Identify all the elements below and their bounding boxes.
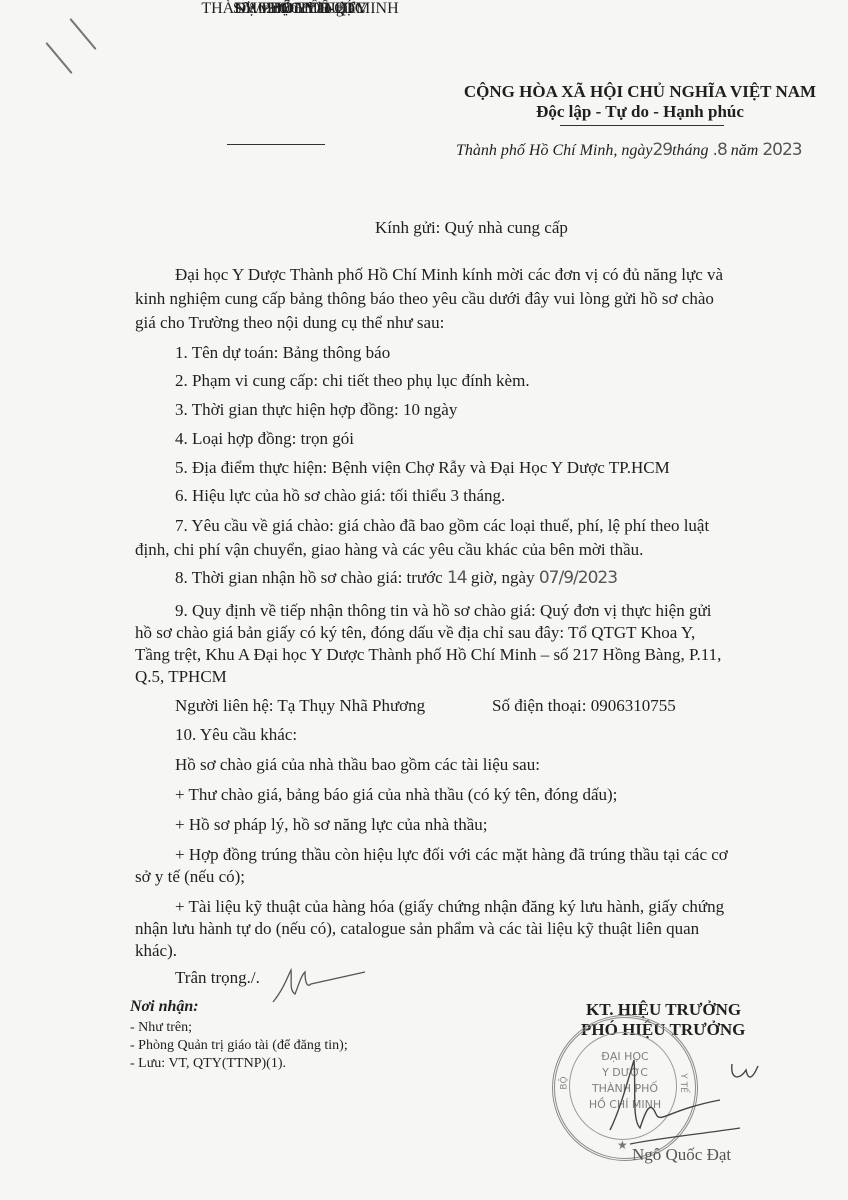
deadline-hour-handwritten: 14	[447, 568, 467, 588]
document-subject: V/v mời chào giá	[150, 0, 450, 18]
closing-remark: Trân trọng./.	[175, 968, 260, 988]
item-3: 3. Thời gian thực hiện hợp đồng: 10 ngày	[175, 400, 457, 420]
divider	[227, 144, 325, 145]
initials-signature	[265, 960, 375, 1010]
requirement-bullet-4-line-3: khác).	[135, 941, 177, 961]
country-name: CỘNG HÒA XÃ HỘI CHỦ NGHĨA VIỆT NAM	[450, 82, 830, 102]
date-prefix: Thành phố Hồ Chí Minh, ngày	[456, 142, 652, 159]
intro-line-1: Đại học Y Dược Thành phố Hồ Chí Minh kín…	[175, 265, 723, 285]
item-8-middle: giờ, ngày	[471, 568, 535, 587]
contact-person: Người liên hệ: Tạ Thụy Nhã Phương	[175, 696, 425, 716]
date-month-label: tháng	[672, 142, 708, 159]
item-9-line-2: hồ sơ chào giá bản giấy có ký tên, đóng …	[135, 623, 695, 643]
stamp-side-text: BỘ	[560, 1076, 570, 1089]
requirement-bullet-3-line-1: + Hợp đồng trúng thầu còn hiệu lực đối v…	[175, 845, 728, 865]
intro-line-2: kinh nghiệm cung cấp bảng thông báo theo…	[135, 289, 714, 309]
recipient-item: - Phòng Quản trị giáo tài (để đăng tin);	[130, 1038, 348, 1054]
document-date: Thành phố Hồ Chí Minh, ngày29tháng .8 nă…	[456, 140, 802, 160]
recipient-item: - Như trên;	[130, 1020, 192, 1036]
requirement-bullet-2: + Hồ sơ pháp lý, hồ sơ năng lực của nhà …	[175, 815, 488, 835]
requirement-bullet-4-line-1: + Tài liệu kỹ thuật của hàng hóa (giấy c…	[175, 897, 724, 917]
item-7-line-1: 7. Yêu cầu về giá chào: giá chào đã bao …	[175, 516, 709, 536]
item-4: 4. Loại hợp đồng: trọn gói	[175, 429, 354, 449]
item-1: 1. Tên dự toán: Bảng thông báo	[175, 343, 390, 363]
item-5: 5. Địa điểm thực hiện: Bệnh viện Chợ Rẫy…	[175, 458, 670, 478]
date-year-handwritten: 2023	[762, 140, 801, 160]
deadline-date-handwritten: 07/9/2023	[539, 568, 617, 588]
signer-name: Ngô Quốc Đạt	[632, 1145, 731, 1165]
item-6: 6. Hiệu lực của hồ sơ chào giá: tối thiể…	[175, 486, 505, 506]
item-8: 8. Thời gian nhận hồ sơ chào giá: trước …	[175, 568, 617, 588]
recipient-line: Kính gửi: Quý nhà cung cấp	[375, 218, 568, 238]
recipients-title: Nơi nhận:	[130, 998, 199, 1016]
requirement-bullet-4-line-2: nhận lưu hành tự do (nếu có), catalogue …	[135, 919, 699, 939]
item-10-title: 10. Yêu cầu khác:	[175, 725, 297, 745]
item-8-prefix: 8. Thời gian nhận hồ sơ chào giá: trước	[175, 568, 443, 587]
handwritten-signature	[600, 1040, 760, 1160]
contact-phone: Số điện thoại: 0906310755	[492, 696, 676, 716]
pen-mark	[45, 42, 72, 74]
recipient-item: - Lưu: VT, QTY(TTNP)(1).	[130, 1056, 286, 1072]
requirement-bullet-3-line-2: sở y tế (nếu có);	[135, 867, 245, 887]
item-2: 2. Phạm vi cung cấp: chi tiết theo phụ l…	[175, 371, 530, 391]
requirement-bullet-1: + Thư chào giá, bảng báo giá của nhà thầ…	[175, 785, 617, 805]
item-7-line-2: định, chi phí vận chuyển, giao hàng và c…	[135, 540, 643, 560]
document-page: BỘ Y TẾ ĐẠI HỌC Y DƯỢC THÀNH PHỐ HỒ CHÍ …	[0, 0, 848, 1200]
item-9-line-1: 9. Quy định về tiếp nhận thông tin và hồ…	[175, 601, 711, 621]
national-motto: Độc lập - Tự do - Hạnh phúc	[450, 102, 830, 122]
date-day-handwritten: 29	[652, 140, 672, 160]
item-9-line-3: Tầng trệt, Khu A Đại học Y Dược Thành ph…	[135, 645, 721, 665]
pen-mark	[69, 18, 96, 50]
date-month-handwritten: .8	[713, 140, 727, 160]
divider	[560, 125, 724, 126]
intro-line-3: giá cho Trường theo nội dung cụ thể như …	[135, 313, 444, 333]
date-year-label: năm	[731, 142, 759, 159]
item-10-lead: Hồ sơ chào giá của nhà thầu bao gồm các …	[175, 755, 540, 775]
item-9-line-4: Q.5, TPHCM	[135, 667, 227, 687]
